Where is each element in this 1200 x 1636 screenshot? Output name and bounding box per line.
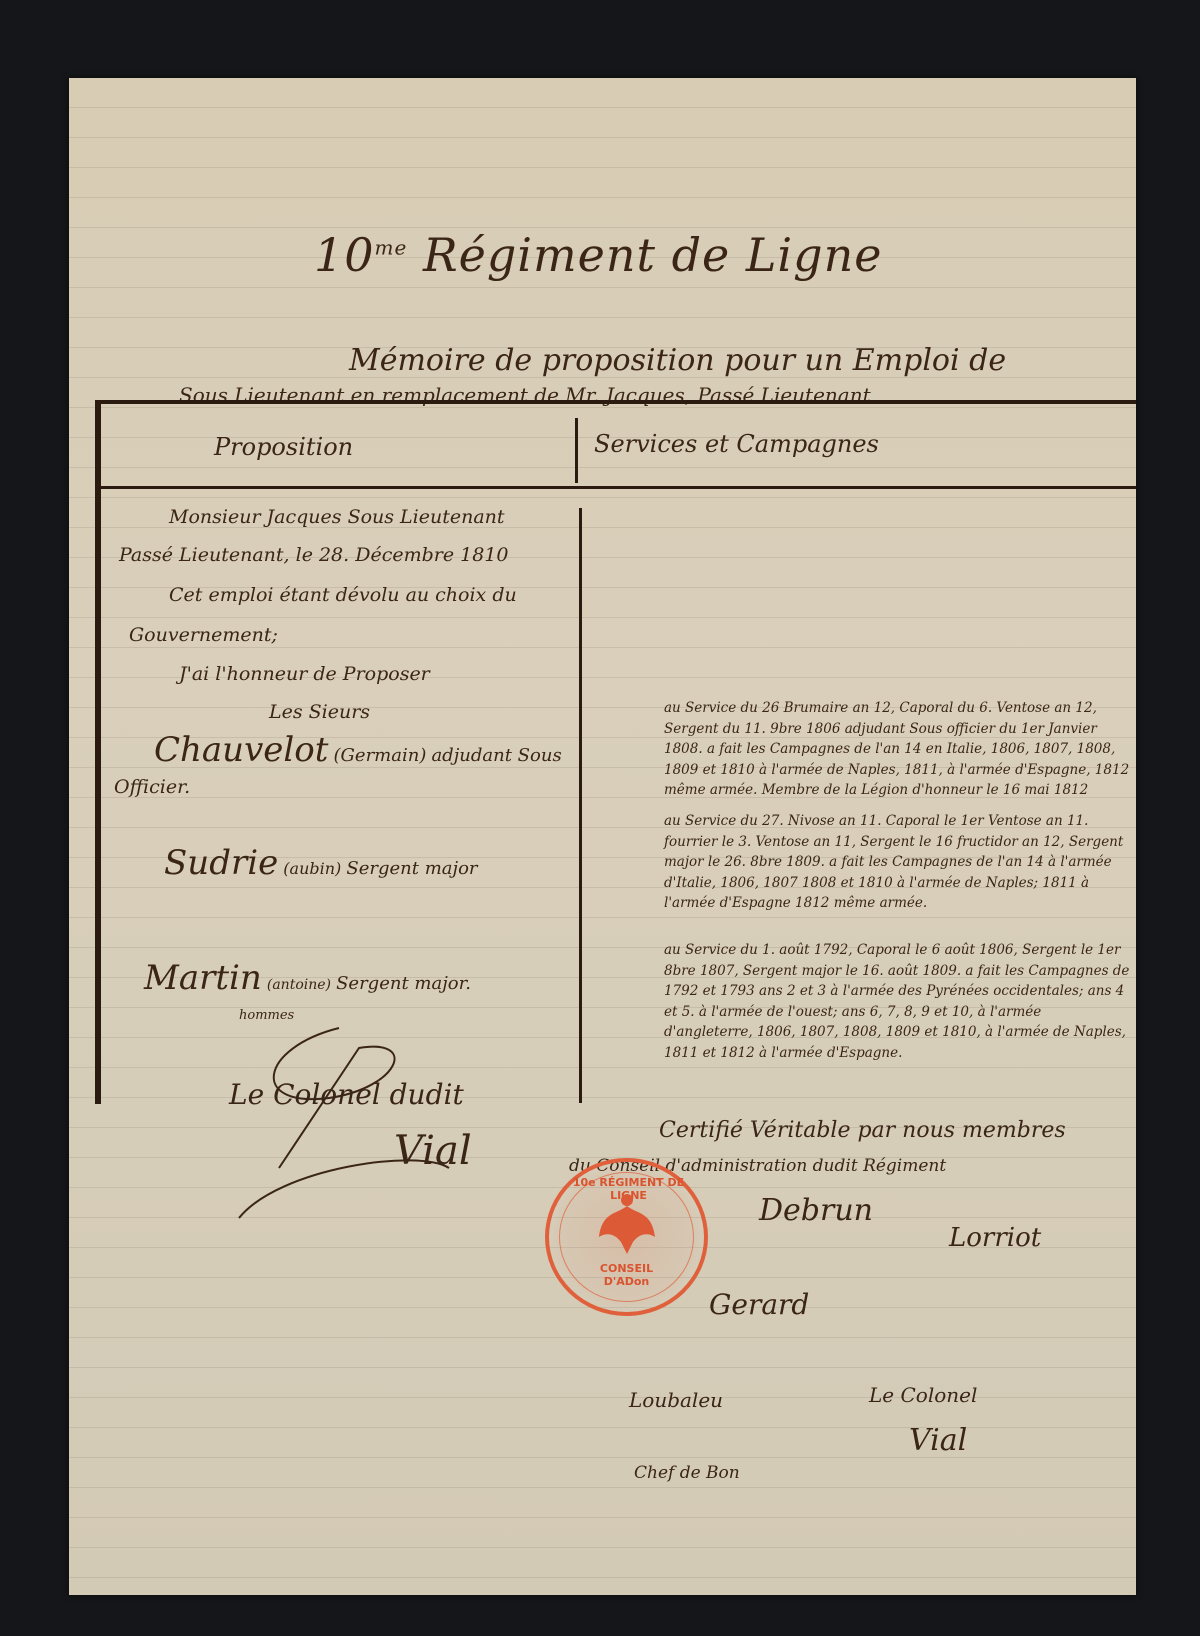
candidate-row: Sudrie (aubin) Sergent major	[164, 843, 478, 883]
seal-bottom-text: CONSEIL D'ADon	[584, 1262, 669, 1288]
flourish-icon	[219, 1018, 579, 1238]
intro-line: Cet emploi étant dévolu au choix du	[169, 584, 517, 606]
column-divider	[579, 508, 582, 1103]
eagle-icon	[597, 1192, 657, 1262]
signature: Le Colonel	[869, 1383, 977, 1407]
column-header-proposition: Proposition	[214, 433, 353, 461]
candidate-given-name: (aubin)	[283, 859, 341, 878]
table-header-rule	[95, 486, 1136, 489]
candidate-given-name: (Germain)	[334, 745, 427, 766]
candidate-services: au Service du 26 Brumaire an 12, Caporal…	[664, 698, 1134, 801]
regiment-name: Régiment de Ligne	[423, 228, 882, 282]
table-top-rule	[95, 400, 1136, 404]
intro-line: Monsieur Jacques Sous Lieutenant	[169, 506, 505, 528]
intro-line: J'ai l'honneur de Proposer	[179, 663, 430, 685]
candidate-rank-cont: Officier.	[114, 776, 190, 798]
intro-line: Les Sieurs	[269, 701, 370, 723]
candidate-rank: Sergent major.	[336, 973, 471, 994]
column-header-services: Services et Campagnes	[594, 430, 879, 458]
signature: Vial	[909, 1423, 967, 1458]
signature: Loubaleu	[629, 1388, 723, 1412]
regimental-seal: 10e RÉGIMENT DE LIGNE CONSEIL D'ADon	[545, 1158, 708, 1316]
certification-line: Certifié Véritable par nous membres	[659, 1118, 1066, 1143]
candidate-rank: adjudant Sous	[431, 745, 561, 766]
signature: Debrun	[759, 1193, 873, 1228]
intro-line: Gouvernement;	[129, 624, 278, 646]
regiment-number: 10	[314, 228, 375, 282]
candidate-rank: Sergent major	[346, 858, 477, 879]
candidate-name: Martin	[144, 958, 262, 998]
document-title: 10me Régiment de Ligne	[314, 228, 882, 282]
header-divider	[575, 418, 578, 483]
candidate-name: Chauvelot	[154, 730, 328, 770]
table-left-rule	[95, 404, 101, 1104]
signature: Lorriot	[949, 1223, 1041, 1253]
candidate-given-name: (antoine)	[267, 977, 331, 993]
manuscript-page: 10me Régiment de Ligne Mémoire de propos…	[69, 78, 1136, 1595]
candidate-row: Martin (antoine) Sergent major.	[144, 958, 471, 998]
candidate-name: Sudrie	[164, 843, 278, 883]
signature: Gerard	[709, 1288, 809, 1321]
candidate-services: au Service du 27. Nivose an 11. Caporal …	[664, 811, 1134, 914]
memoir-heading: Mémoire de proposition pour un Emploi de	[349, 343, 1006, 378]
chef-label: Chef de Bon	[634, 1463, 740, 1483]
candidate-services: au Service du 1. août 1792, Caporal le 6…	[664, 940, 1134, 1063]
candidate-row: Chauvelot (Germain) adjudant Sous	[154, 730, 562, 770]
regiment-suffix: me	[375, 236, 408, 260]
intro-line: Passé Lieutenant, le 28. Décembre 1810	[119, 544, 509, 566]
